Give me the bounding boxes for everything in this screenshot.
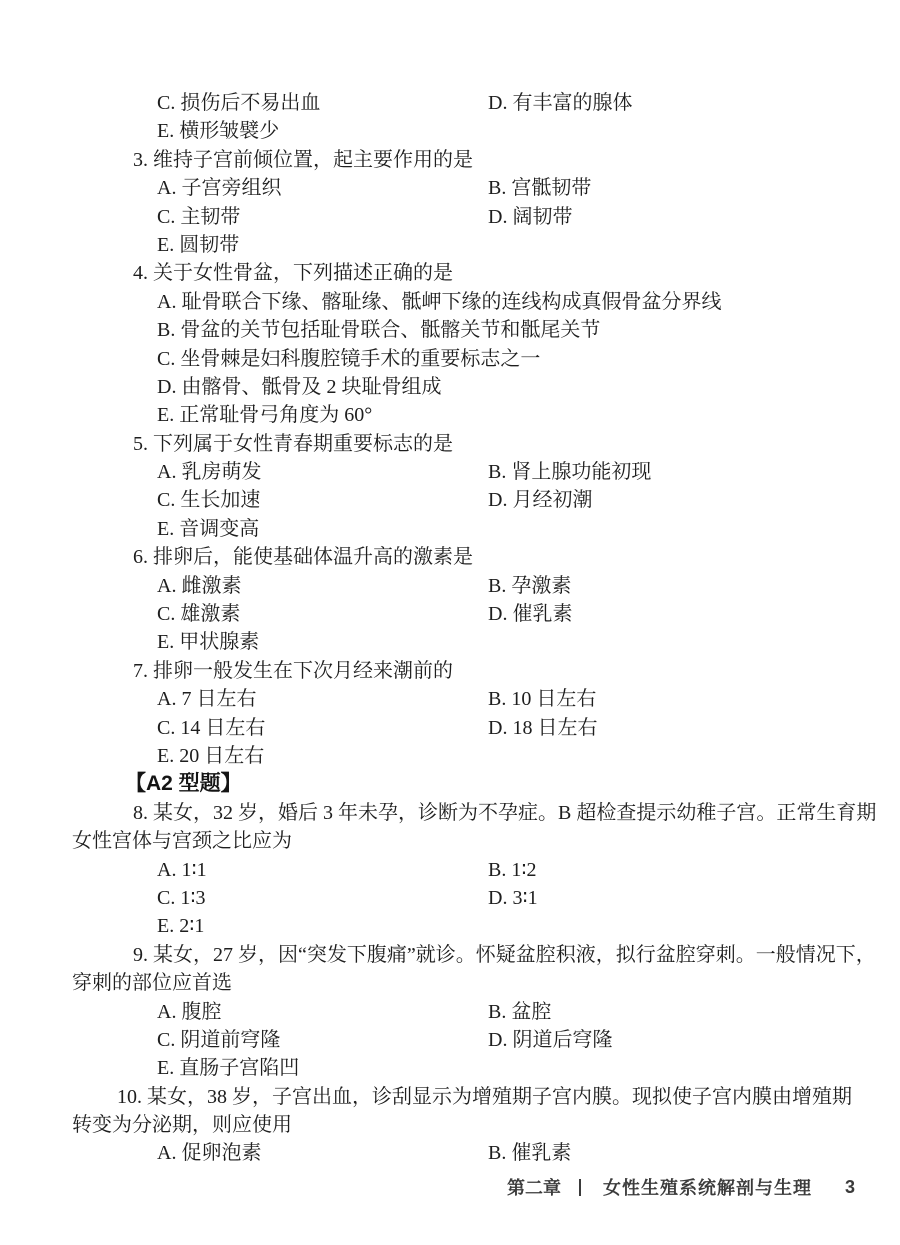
option-line: E. 横形皱襞少 — [72, 117, 834, 145]
option-left: A. 耻骨联合下缘、髂耻缘、骶岬下缘的连线构成真假骨盆分界线 — [157, 291, 721, 313]
textbook-page: C. 损伤后不易出血D. 有丰富的腺体E. 横形皱襞少3. 维持子宫前倾位置，起… — [0, 0, 900, 1245]
option-left: E. 2∶1 — [157, 915, 204, 937]
option-left: E. 正常耻骨弓角度为 60° — [157, 404, 372, 426]
option-left: C. 生长加速 — [157, 489, 260, 511]
option-left: C. 损伤后不易出血 — [157, 92, 320, 114]
option-left: E. 横形皱襞少 — [157, 120, 279, 142]
question-stem: 4. 关于女性骨盆，下列描述正确的是 — [72, 259, 834, 287]
option-right: B. 10 日左右 — [488, 685, 596, 713]
option-left: E. 甲状腺素 — [157, 631, 259, 653]
question-list: C. 损伤后不易出血D. 有丰富的腺体E. 横形皱襞少3. 维持子宫前倾位置，起… — [72, 89, 834, 1168]
option-line: A. 雌激素B. 孕激素 — [72, 572, 834, 600]
option-right: D. 3∶1 — [488, 884, 538, 912]
option-right: D. 月经初潮 — [488, 486, 592, 514]
option-right: D. 18 日左右 — [488, 714, 597, 742]
question-stem: 3. 维持子宫前倾位置，起主要作用的是 — [72, 146, 834, 174]
option-line: E. 音调变高 — [72, 515, 834, 543]
question-stem: 9. 某女，27 岁，因“突发下腹痛”就诊。怀疑盆腔积液，拟行盆腔穿刺。一般情况… — [72, 941, 834, 969]
option-left: C. 1∶3 — [157, 887, 206, 909]
question-stem: 8. 某女，32 岁，婚后 3 年未孕，诊断为不孕症。B 超检查提示幼稚子宫。正… — [72, 799, 834, 827]
option-line: C. 主韧带D. 阔韧带 — [72, 203, 834, 231]
option-left: A. 腹腔 — [157, 1001, 221, 1023]
option-right: D. 阴道后穹隆 — [488, 1026, 612, 1054]
question-stem: 6. 排卵后，能使基础体温升高的激素是 — [72, 543, 834, 571]
question-stem: 10. 某女，38 岁，子宫出血，诊刮显示为增殖期子宫内膜。现拟使子宫内膜由增殖… — [72, 1083, 834, 1111]
option-right: B. 肾上腺功能初现 — [488, 458, 651, 486]
option-line: E. 2∶1 — [72, 912, 834, 940]
question-stem-continuation: 穿刺的部位应首选 — [72, 969, 834, 997]
option-left: A. 1∶1 — [157, 859, 207, 881]
option-left: E. 直肠子宫陷凹 — [157, 1057, 299, 1079]
option-line: A. 7 日左右B. 10 日左右 — [72, 685, 834, 713]
question-stem-continuation: 转变为分泌期，则应使用 — [72, 1111, 834, 1139]
option-line: A. 乳房萌发B. 肾上腺功能初现 — [72, 458, 834, 486]
option-line: E. 直肠子宫陷凹 — [72, 1054, 834, 1082]
option-line: A. 耻骨联合下缘、髂耻缘、骶岬下缘的连线构成真假骨盆分界线 — [72, 288, 834, 316]
option-left: D. 由髂骨、骶骨及 2 块耻骨组成 — [157, 376, 441, 398]
option-right: D. 有丰富的腺体 — [488, 89, 632, 117]
option-right: B. 1∶2 — [488, 856, 537, 884]
option-right: B. 宫骶韧带 — [488, 174, 591, 202]
option-line: E. 圆韧带 — [72, 231, 834, 259]
option-left: C. 14 日左右 — [157, 717, 265, 739]
option-left: A. 雌激素 — [157, 575, 241, 597]
option-line: A. 腹腔B. 盆腔 — [72, 998, 834, 1026]
option-line: C. 损伤后不易出血D. 有丰富的腺体 — [72, 89, 834, 117]
option-line: E. 20 日左右 — [72, 742, 834, 770]
footer-chapter-title: 女性生殖系统解剖与生理 — [603, 1174, 812, 1200]
page-number: 3 — [845, 1177, 855, 1198]
option-line: C. 坐骨棘是妇科腹腔镜手术的重要标志之一 — [72, 345, 834, 373]
option-line: E. 甲状腺素 — [72, 628, 834, 656]
option-left: A. 促卵泡素 — [157, 1142, 261, 1164]
option-left: E. 音调变高 — [157, 518, 259, 540]
option-line: A. 1∶1B. 1∶2 — [72, 856, 834, 884]
option-line: A. 子宫旁组织B. 宫骶韧带 — [72, 174, 834, 202]
option-line: C. 1∶3D. 3∶1 — [72, 884, 834, 912]
option-left: C. 主韧带 — [157, 206, 240, 228]
option-line: C. 14 日左右D. 18 日左右 — [72, 714, 834, 742]
option-left: C. 坐骨棘是妇科腹腔镜手术的重要标志之一 — [157, 348, 540, 370]
question-stem: 7. 排卵一般发生在下次月经来潮前的 — [72, 657, 834, 685]
option-right: B. 催乳素 — [488, 1139, 571, 1167]
option-left: E. 20 日左右 — [157, 745, 264, 767]
option-right: D. 催乳素 — [488, 600, 572, 628]
option-line: C. 雄激素D. 催乳素 — [72, 600, 834, 628]
option-left: A. 7 日左右 — [157, 688, 256, 710]
option-left: A. 子宫旁组织 — [157, 177, 281, 199]
option-left: B. 骨盆的关节包括耻骨联合、骶髂关节和骶尾关节 — [157, 319, 600, 341]
option-left: A. 乳房萌发 — [157, 461, 261, 483]
option-left: C. 雄激素 — [157, 603, 240, 625]
option-line: E. 正常耻骨弓角度为 60° — [72, 401, 834, 429]
option-line: D. 由髂骨、骶骨及 2 块耻骨组成 — [72, 373, 834, 401]
option-right: D. 阔韧带 — [488, 203, 572, 231]
option-left: E. 圆韧带 — [157, 234, 239, 256]
option-right: B. 盆腔 — [488, 998, 551, 1026]
option-line: C. 生长加速D. 月经初潮 — [72, 486, 834, 514]
footer-chapter-label: 第二章 — [507, 1174, 561, 1200]
option-left: C. 阴道前穹隆 — [157, 1029, 280, 1051]
option-line: B. 骨盆的关节包括耻骨联合、骶髂关节和骶尾关节 — [72, 316, 834, 344]
page-footer: 第二章 女性生殖系统解剖与生理 3 — [507, 1176, 855, 1198]
footer-divider — [579, 1179, 581, 1196]
option-right: B. 孕激素 — [488, 572, 571, 600]
option-line: A. 促卵泡素B. 催乳素 — [72, 1139, 834, 1167]
option-line: C. 阴道前穹隆D. 阴道后穹隆 — [72, 1026, 834, 1054]
question-stem: 5. 下列属于女性青春期重要标志的是 — [72, 430, 834, 458]
question-stem-continuation: 女性宫体与宫颈之比应为 — [72, 827, 834, 855]
section-heading: 【A2 型题】 — [72, 770, 834, 798]
